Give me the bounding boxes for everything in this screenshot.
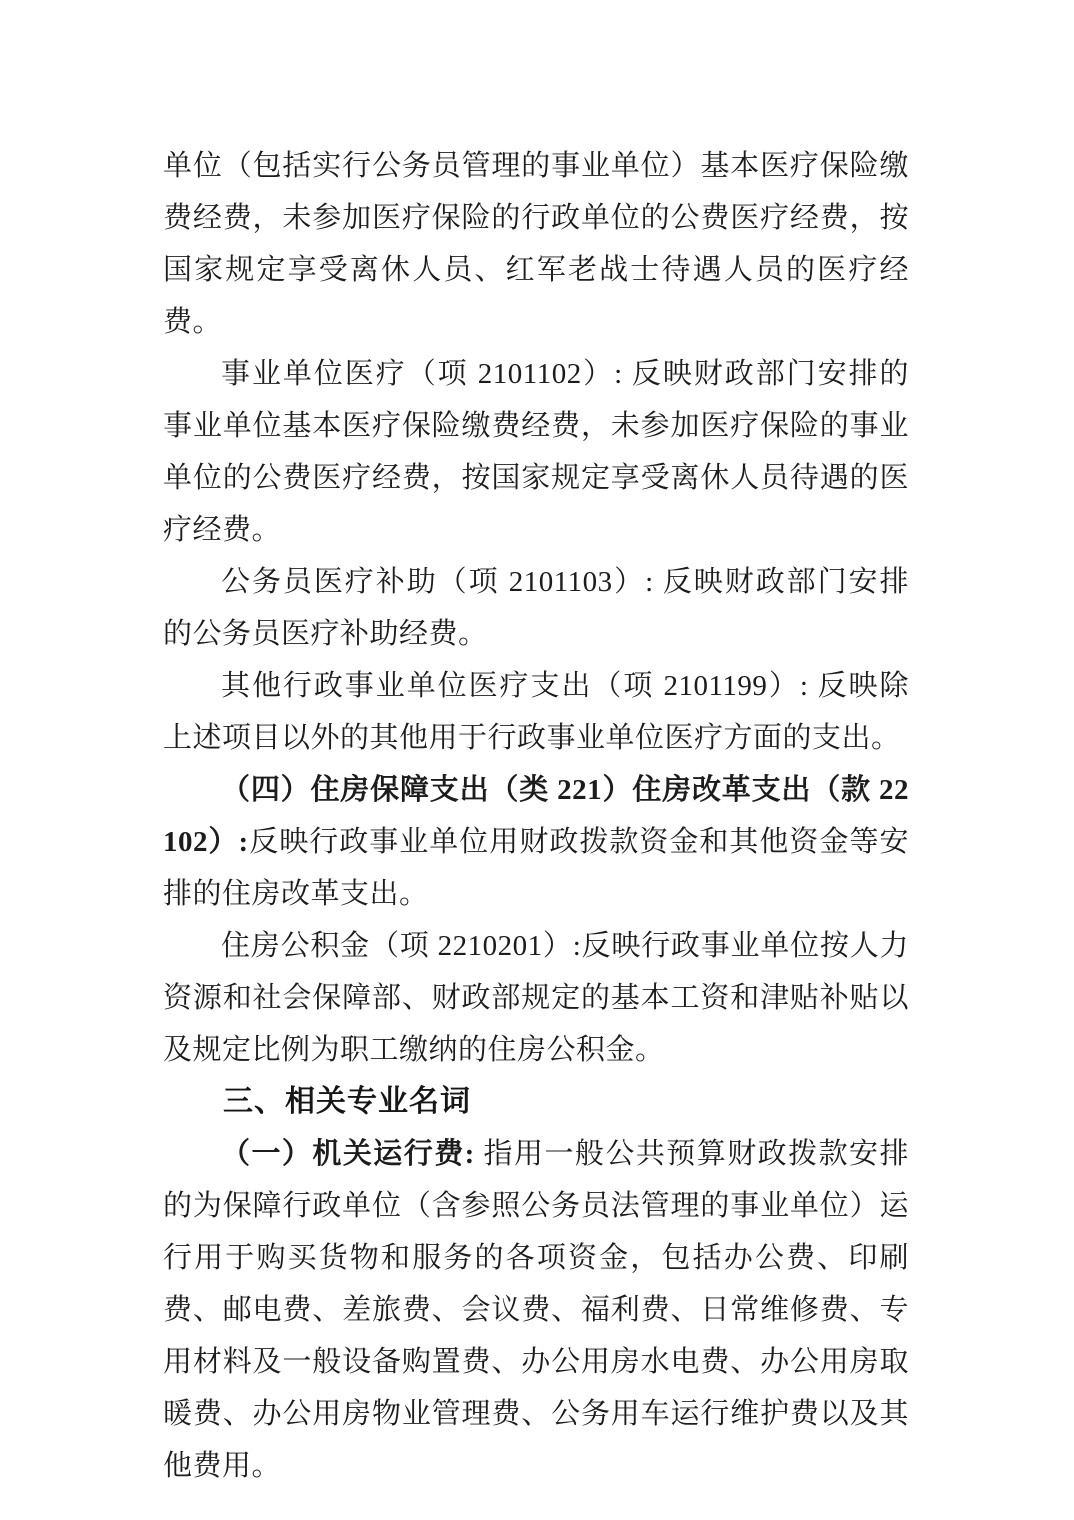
- bold-lead-run: （一）机关运行费:: [221, 1138, 475, 1170]
- document-text-block: 单位（包括实行公务员管理的事业单位）基本医疗保险缴费经费，未参加医疗保险的行政单…: [163, 140, 909, 1492]
- text-run: 住房公积金（项 2210201）:反映行政事业单位按人力资源和社会保障部、财政部…: [163, 930, 909, 1066]
- section-heading-professional-terms: 三、相关专业名词: [163, 1076, 909, 1128]
- paragraph-civil-servant-medical-subsidy: 公务员医疗补助（项 2101103）: 反映财政部门安排的公务员医疗补助经费。: [163, 556, 909, 660]
- paragraph-agency-operating-expense: （一）机关运行费: 指用一般公共预算财政拨款安排的为保障行政单位（含参照公务员法…: [163, 1128, 909, 1492]
- heading-text: 三、相关专业名词: [223, 1085, 471, 1118]
- text-run: 指用一般公共预算财政拨款安排的为保障行政单位（含参照公务员法管理的事业单位）运行…: [163, 1138, 909, 1482]
- paragraph-other-medical-expenditure: 其他行政事业单位医疗支出（项 2101199）: 反映除上述项目以外的其他用于行…: [163, 660, 909, 764]
- text-run: 公务员医疗补助（项 2101103）: 反映财政部门安排的公务员医疗补助经费。: [163, 566, 909, 650]
- paragraph-housing-fund: 住房公积金（项 2210201）:反映行政事业单位按人力资源和社会保障部、财政部…: [163, 920, 909, 1076]
- text-run: 反映行政事业单位用财政拨款资金和其他资金等安排的住房改革支出。: [163, 826, 909, 910]
- text-run: 其他行政事业单位医疗支出（项 2101199）: 反映除上述项目以外的其他用于行…: [163, 670, 909, 754]
- paragraph-admin-unit-medical-continuation: 单位（包括实行公务员管理的事业单位）基本医疗保险缴费经费，未参加医疗保险的行政单…: [163, 140, 909, 348]
- text-run: 单位（包括实行公务员管理的事业单位）基本医疗保险缴费经费，未参加医疗保险的行政单…: [163, 150, 909, 338]
- document-page: 单位（包括实行公务员管理的事业单位）基本医疗保险缴费经费，未参加医疗保险的行政单…: [0, 0, 1074, 1520]
- paragraph-housing-security-expenditure: （四）住房保障支出（类 221）住房改革支出（款 22102）:反映行政事业单位…: [163, 764, 909, 920]
- paragraph-institution-medical: 事业单位医疗（项 2101102）: 反映财政部门安排的事业单位基本医疗保险缴费…: [163, 348, 909, 556]
- text-run: 事业单位医疗（项 2101102）: 反映财政部门安排的事业单位基本医疗保险缴费…: [163, 358, 909, 546]
